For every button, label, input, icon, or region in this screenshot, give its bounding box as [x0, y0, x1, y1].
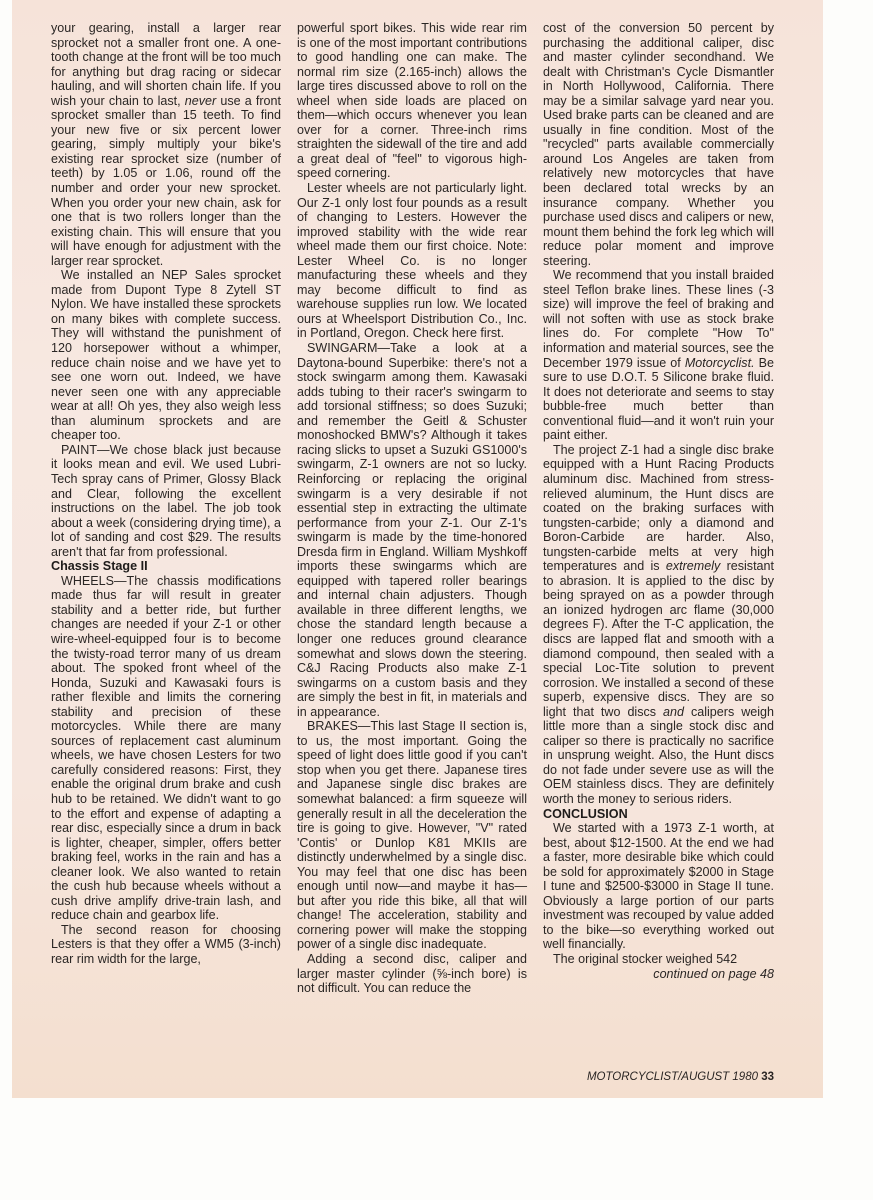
paragraph-conversion-cost: cost of the conversion 50 percent by pur… — [543, 21, 774, 268]
section-heading-conclusion: CONCLUSION — [543, 807, 774, 822]
paragraph-second-disc: Adding a second disc, caliper and larger… — [297, 952, 527, 996]
paragraph-brake-lines: We recommend that you install braided st… — [543, 268, 774, 443]
paragraph-stocker-weight: The original stocker weighed 542 — [543, 952, 774, 967]
continued-link[interactable]: continued on page 48 — [543, 967, 774, 982]
paragraph-paint: PAINT—We chose black just because it loo… — [51, 443, 281, 559]
article-column-1: your gearing, install a larger rear spro… — [51, 21, 281, 967]
paragraph-wheels: WHEELS—The chassis modifications made th… — [51, 574, 281, 923]
paragraph-second-reason: The second reason for choosing Lesters i… — [51, 923, 281, 967]
emphasis-text: extremely — [666, 559, 720, 573]
text-run: The project Z-1 had a single disc brake … — [543, 443, 774, 573]
article-column-2: powerful sport bikes. This wide rear rim… — [297, 21, 527, 996]
section-heading-chassis-stage-2: Chassis Stage II — [51, 559, 281, 574]
paragraph-gearing: your gearing, install a larger rear spro… — [51, 21, 281, 268]
paragraph-swingarm: SWINGARM—Take a look at a Daytona-bound … — [297, 341, 527, 719]
text-run: We recommend that you install braided st… — [543, 268, 774, 369]
emphasis-text: never — [185, 94, 216, 108]
paragraph-conclusion: We started with a 1973 Z-1 worth, at bes… — [543, 821, 774, 952]
text-run: calipers weigh little more than a single… — [543, 705, 774, 806]
text-run: resistant to abrasion. It is applied to … — [543, 559, 774, 718]
paragraph-brakes: BRAKES—This last Stage II section is, to… — [297, 719, 527, 952]
emphasis-text: Motorcyclist. — [685, 356, 755, 370]
paragraph-nep-sprocket: We installed an NEP Sales sprocket made … — [51, 268, 281, 443]
page-number: 33 — [761, 1071, 774, 1083]
paragraph-hunt-discs: The project Z-1 had a single disc brake … — [543, 443, 774, 807]
paragraph-lester-wheels: Lester wheels are not particularly light… — [297, 181, 527, 341]
text-run: use a front sprocket smaller than 15 tee… — [51, 94, 281, 268]
magazine-issue: MOTORCYCLIST/AUGUST 1980 — [587, 1071, 758, 1083]
article-column-3: cost of the conversion 50 percent by pur… — [543, 21, 774, 981]
emphasis-text: and — [663, 705, 684, 719]
paragraph-wide-rim: powerful sport bikes. This wide rear rim… — [297, 21, 527, 181]
page-footer: MOTORCYCLIST/AUGUST 1980 33 — [540, 1071, 774, 1083]
